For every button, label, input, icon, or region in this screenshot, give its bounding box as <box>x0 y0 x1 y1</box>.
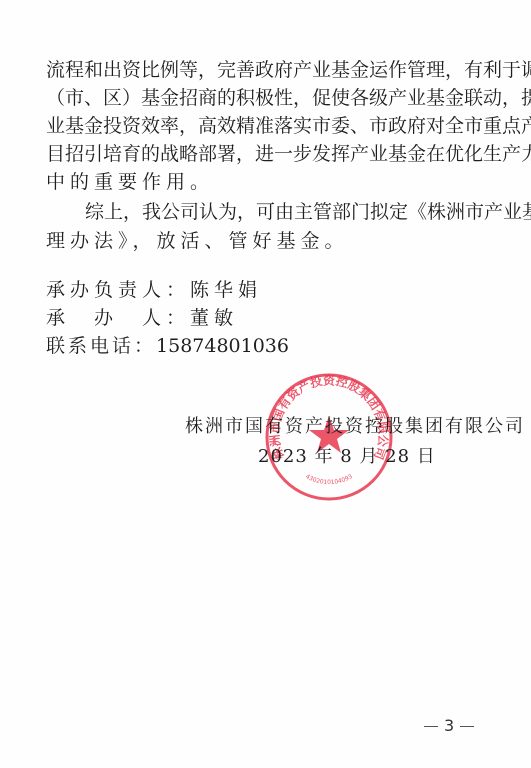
page-number-value: 3 <box>444 716 454 735</box>
responsible-label: 承办负责人： <box>46 279 190 301</box>
paragraph-2-line-2: 理办法》，放活、管好基金。 <box>46 227 480 255</box>
handler-row: 承 办 人：董敏 <box>46 304 238 332</box>
responsible-name: 陈华娟 <box>190 279 262 301</box>
paragraph-1-line-1: 流程和出资比例等，完善政府产业基金运作管理，有利于调动县 <box>46 56 480 84</box>
paragraph-1-line-2: （市、区）基金招商的积极性，促使各级产业基金联动，提高产 <box>46 84 480 112</box>
phone-row: 联系电话：15874801036 <box>46 332 289 360</box>
phone-label: 联系电话： <box>46 335 156 357</box>
signature-date: 2023 年 8 月 28 日 <box>258 443 436 471</box>
handler-label: 承 办 人： <box>46 307 190 329</box>
dash-left <box>424 726 438 728</box>
responsible-person-row: 承办负责人：陈华娟 <box>46 276 262 304</box>
svg-text:4302010104093: 4302010104093 <box>304 473 354 486</box>
signature-organization: 株洲市国有资产投资控股集团有限公司 <box>185 413 525 441</box>
page-number: 3 <box>418 716 480 735</box>
dash-right <box>460 726 474 728</box>
paragraph-2-line-1: 综上，我公司认为，可由主管部门拟定《株洲市产业基金管 <box>85 198 480 226</box>
paragraph-1-line-4: 目招引培育的战略部署，进一步发挥产业基金在优化生产力布局 <box>46 140 480 168</box>
phone-value: 15874801036 <box>156 335 289 357</box>
paragraph-1-line-5: 中的重要作用。 <box>46 168 480 196</box>
paragraph-1-line-3: 业基金投资效率，高效精准落实市委、市政府对全市重点产业项 <box>46 112 480 140</box>
handler-name: 董敏 <box>190 307 238 329</box>
